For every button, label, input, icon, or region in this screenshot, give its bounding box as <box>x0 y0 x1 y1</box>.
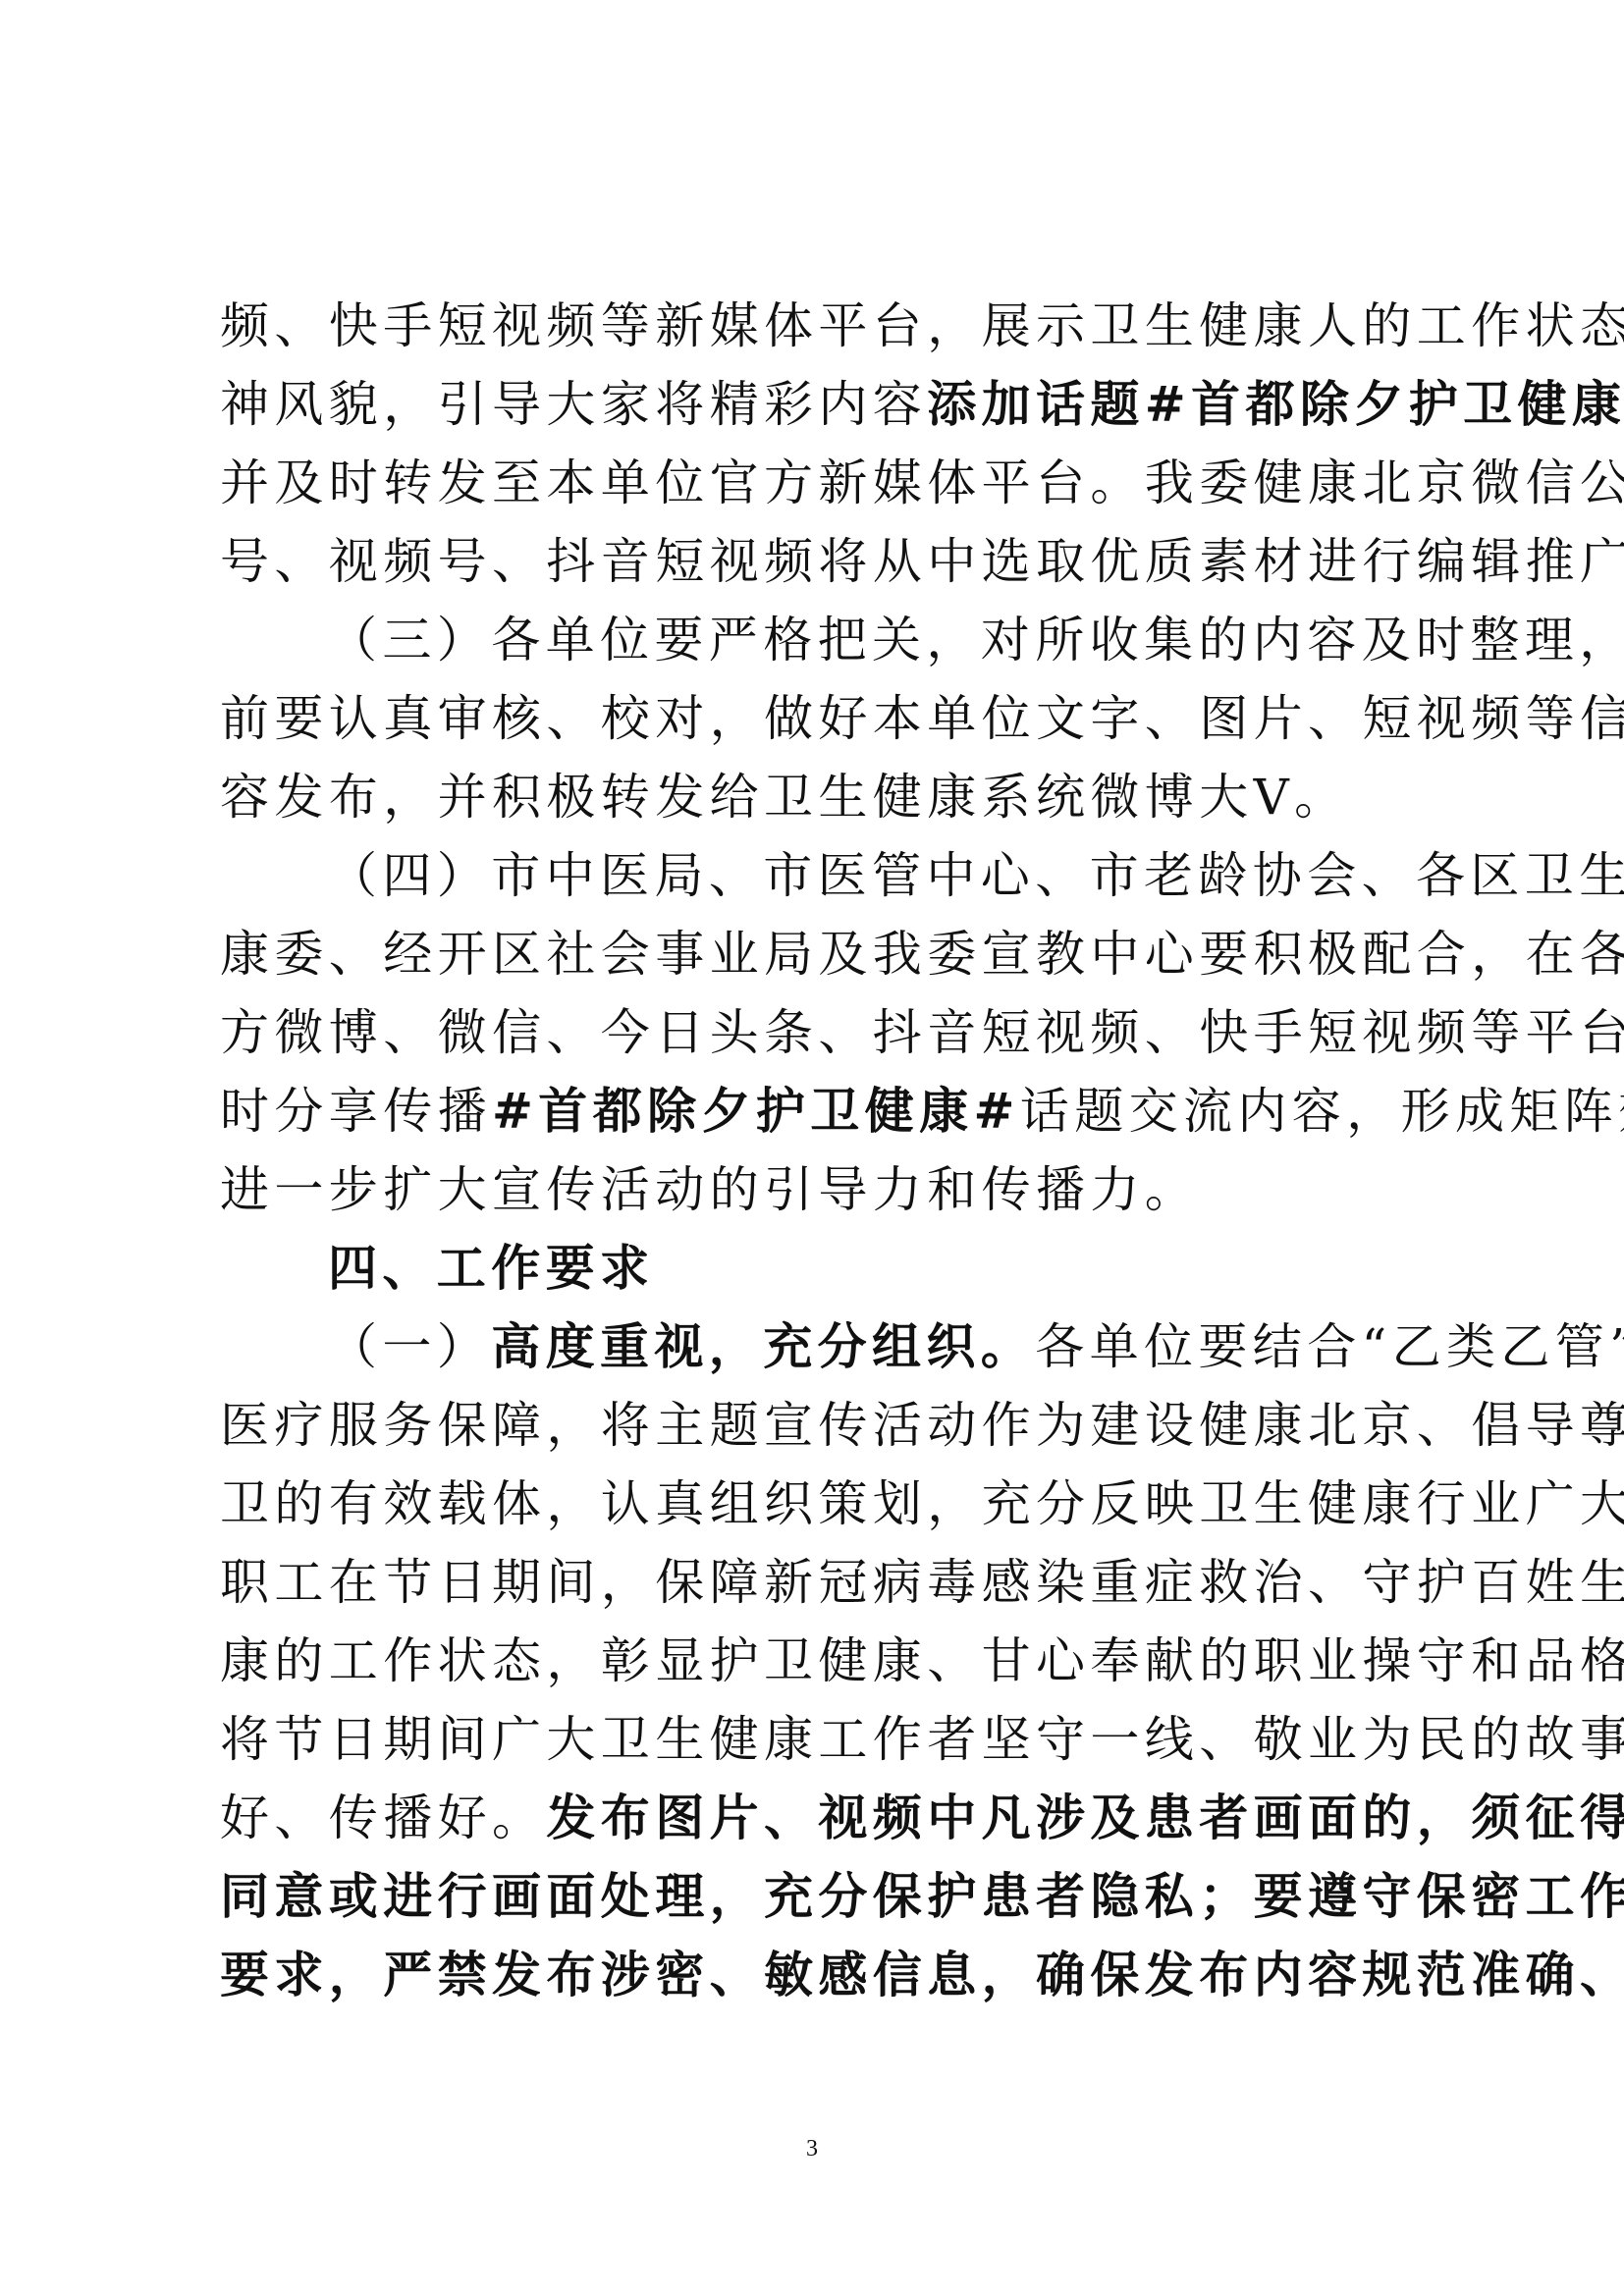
text-segment: 容发布，并积极转发给卫生健康系统微博大V。 <box>220 769 1349 826</box>
document-body: 频、快手短视频等新媒体平台，展示卫生健康人的工作状态和精 神风貌，引导大家将精彩… <box>220 287 1418 2014</box>
text-line: （三）各单位要严格把关，对所收集的内容及时整理，发布 <box>220 601 1418 679</box>
text-line: 康委、经开区社会事业局及我委宣教中心要积极配合，在各自官 <box>220 915 1418 993</box>
text-segment: 时分享传播 <box>220 1083 492 1140</box>
text-line: 同意或进行画面处理，充分保护患者隐私；要遵守保密工作纪律 <box>220 1857 1418 1936</box>
text-segment: （一） <box>328 1318 491 1375</box>
text-segment: 康委、经开区社会事业局及我委宣教中心要积极配合，在各自官 <box>220 926 1624 983</box>
text-line: 医疗服务保障，将主题宣传活动作为建设健康北京、倡导尊医重 <box>220 1386 1418 1465</box>
document-page: 频、快手短视频等新媒体平台，展示卫生健康人的工作状态和精 神风貌，引导大家将精彩… <box>0 0 1624 2296</box>
text-line: （四）市中医局、市医管中心、市老龄协会、各区卫生健 <box>220 836 1418 915</box>
text-line: 时分享传播#首都除夕护卫健康#话题交流内容，形成矩阵效应， <box>220 1072 1418 1150</box>
text-segment: 话题交流内容，形成矩阵效应， <box>1020 1083 1624 1140</box>
text-segment: 神风貌，引导大家将精彩内容 <box>220 376 927 433</box>
emphasis-text: 要求，严禁发布涉密、敏感信息，确保发布内容规范准确、积极 <box>220 1947 1624 2003</box>
text-line: 并及时转发至本单位官方新媒体平台。我委健康北京微信公众 <box>220 444 1418 522</box>
text-segment: 前要认真审核、校对，做好本单位文字、图片、短视频等信息内 <box>220 690 1624 747</box>
text-line: 康的工作状态，彰显护卫健康、甘心奉献的职业操守和品格风貌， <box>220 1622 1418 1700</box>
text-segment: 康的工作状态，彰显护卫健康、甘心奉献的职业操守和品格风貌， <box>220 1632 1624 1689</box>
text-line: 前要认真审核、校对，做好本单位文字、图片、短视频等信息内 <box>220 679 1418 758</box>
text-segment: （三）各单位要严格把关，对所收集的内容及时整理，发布 <box>328 612 1624 668</box>
page-number: 3 <box>0 2136 1624 2163</box>
text-segment: 卫的有效载体，认真组织策划，充分反映卫生健康行业广大干部 <box>220 1475 1624 1532</box>
text-line: 方微博、微信、今日头条、抖音短视频、快手短视频等平台上及 <box>220 993 1418 1072</box>
emphasis-text: 同意或进行画面处理，充分保护患者隐私；要遵守保密工作纪律 <box>220 1868 1624 1925</box>
emphasis-text: 发布图片、视频中凡涉及患者画面的，须征得本人 <box>546 1789 1624 1846</box>
text-segment: 进一步扩大宣传活动的引导力和传播力。 <box>220 1161 1199 1218</box>
section-heading: 四、工作要求 <box>220 1229 1418 1308</box>
text-segment: （四）市中医局、市医管中心、市老龄协会、各区卫生健 <box>328 847 1624 904</box>
text-segment: 并及时转发至本单位官方新媒体平台。我委健康北京微信公众 <box>220 454 1624 511</box>
text-segment: 号、视频号、抖音短视频将从中选取优质素材进行编辑推广。 <box>220 533 1624 590</box>
text-line: 容发布，并积极转发给卫生健康系统微博大V。 <box>220 758 1418 836</box>
text-segment: 医疗服务保障，将主题宣传活动作为建设健康北京、倡导尊医重 <box>220 1397 1624 1454</box>
text-line: 要求，严禁发布涉密、敏感信息，确保发布内容规范准确、积极 <box>220 1936 1418 2014</box>
text-segment: 频、快手短视频等新媒体平台，展示卫生健康人的工作状态和精 <box>220 297 1624 354</box>
text-line: （一）高度重视，充分组织。各单位要结合“乙类乙管”后 <box>220 1308 1418 1386</box>
text-segment: 好、传播好。 <box>220 1789 546 1846</box>
text-line: 好、传播好。发布图片、视频中凡涉及患者画面的，须征得本人 <box>220 1779 1418 1857</box>
subheading-emphasis: 高度重视，充分组织。 <box>491 1318 1035 1375</box>
text-segment: 将节日期间广大卫生健康工作者坚守一线、敬业为民的故事讲述 <box>220 1711 1624 1768</box>
text-line: 职工在节日期间，保障新冠病毒感染重症救治、守护百姓生命健 <box>220 1543 1418 1622</box>
text-line: 卫的有效载体，认真组织策划，充分反映卫生健康行业广大干部 <box>220 1465 1418 1543</box>
text-line: 进一步扩大宣传活动的引导力和传播力。 <box>220 1150 1418 1229</box>
text-line: 神风貌，引导大家将精彩内容添加话题#首都除夕护卫健康#， <box>220 365 1418 444</box>
text-line: 频、快手短视频等新媒体平台，展示卫生健康人的工作状态和精 <box>220 287 1418 365</box>
text-segment: 职工在节日期间，保障新冠病毒感染重症救治、守护百姓生命健 <box>220 1554 1624 1611</box>
text-line: 号、视频号、抖音短视频将从中选取优质素材进行编辑推广。 <box>220 522 1418 601</box>
hashtag-emphasis: 添加话题#首都除夕护卫健康#， <box>927 376 1624 433</box>
text-line: 将节日期间广大卫生健康工作者坚守一线、敬业为民的故事讲述 <box>220 1700 1418 1779</box>
hashtag-emphasis: #首都除夕护卫健康# <box>492 1083 1020 1140</box>
text-segment: 各单位要结合“乙类乙管”后 <box>1035 1318 1624 1375</box>
text-segment: 方微博、微信、今日头条、抖音短视频、快手短视频等平台上及 <box>220 1004 1624 1061</box>
